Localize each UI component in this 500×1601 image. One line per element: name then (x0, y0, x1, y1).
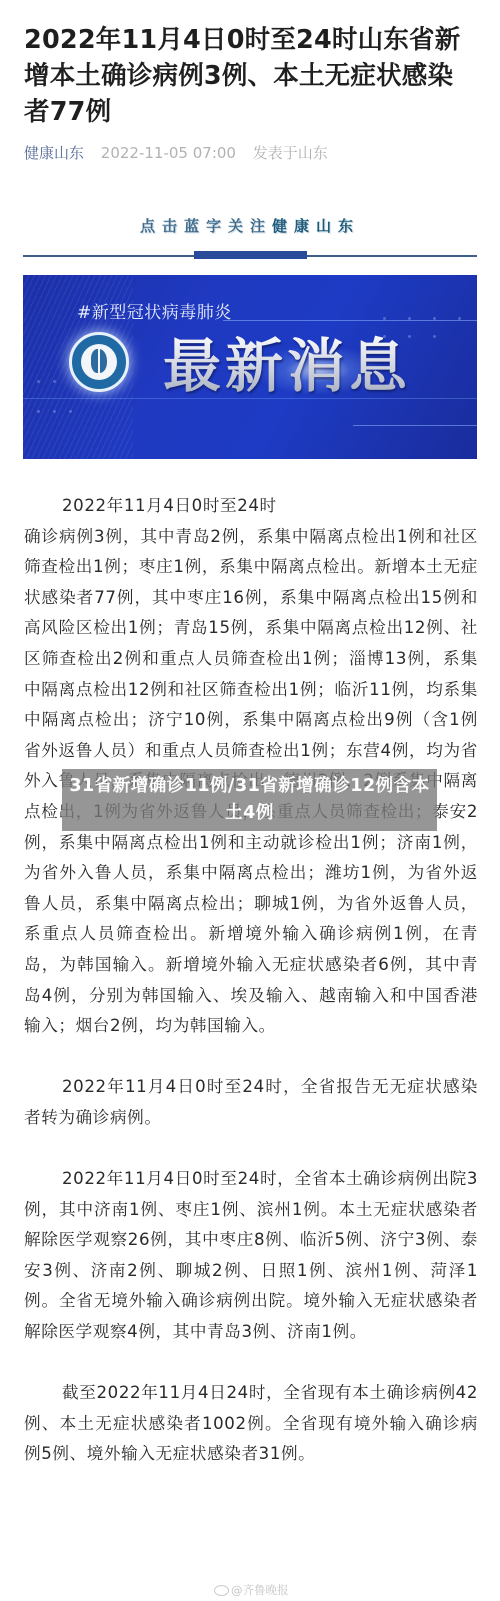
paragraph-conversions: 2022年11月4日0时至24时，全省报告无无症状感染者转为确诊病例。 (24, 1072, 478, 1133)
banner-dot (458, 317, 461, 320)
banner-dot (53, 410, 56, 413)
video-caption-overlay: 31省新增确诊11例/31省新增确诊12例含本土4例 (62, 769, 437, 831)
banner-dot (408, 317, 411, 320)
paragraph-text: 截至2022年11月4日24时，全省现有本土确诊病例42例、本土无症状感染者10… (24, 1383, 478, 1463)
emblem-staff (98, 347, 100, 377)
publish-time: 2022-11-05 07:00 (101, 144, 236, 162)
weibo-icon (214, 1585, 229, 1596)
banner-dot (69, 410, 72, 413)
follow-prompt[interactable]: 点击蓝字关注健康山东 (0, 215, 500, 237)
paragraph-new-cases: 2022年11月4日0时至24时确诊病例3例，其中青岛2例，系集中隔离点检出1例… (24, 491, 478, 1042)
banner-dot (433, 317, 436, 320)
author-link[interactable]: 健康山东 (24, 144, 84, 162)
article-title: 2022年11月4日0时至24时山东省新增本土确诊病例3例、本土无症状感染者77… (24, 22, 476, 130)
banner-dot (383, 317, 386, 320)
article-meta: 健康山东 2022-11-05 07:00 发表于山东 (24, 143, 328, 163)
banner-hashtag: #新型冠状病毒肺炎 (77, 301, 232, 325)
banner-dot (53, 380, 56, 383)
banner-light-line (353, 425, 477, 426)
banner-dot (37, 410, 40, 413)
banner-dot (433, 335, 436, 338)
follow-prompt-prefix: 点击蓝字关注 (140, 217, 272, 235)
hero-banner-image: #新型冠状病毒肺炎 最新消息 (23, 275, 477, 459)
source-watermark: @齐鲁晚报 (214, 1582, 289, 1598)
banner-light-line (223, 320, 477, 321)
paragraph-totals: 截至2022年11月4日24时，全省现有本土确诊病例42例、本土无症状感染者10… (24, 1378, 478, 1470)
article-body: 2022年11月4日0时至24时确诊病例3例，其中青岛2例，系集中隔离点检出1例… (24, 491, 478, 1501)
banner-dot (37, 380, 40, 383)
watermark-text: @齐鲁晚报 (231, 1583, 289, 1597)
paragraph-lead: 2022年11月4日0时至24时 (62, 496, 277, 515)
paragraph-discharges: 2022年11月4日0时至24时，全省本土确诊病例出院3例，其中济南1例、枣庄1… (24, 1164, 478, 1348)
publish-location: 发表于山东 (253, 144, 328, 162)
banner-headline: 最新消息 (163, 330, 411, 402)
divider-accent-bar (194, 251, 307, 259)
paragraph-text: 2022年11月4日0时至24时，全省本土确诊病例出院3例，其中济南1例、枣庄1… (24, 1169, 478, 1341)
health-commission-emblem-icon (69, 332, 129, 392)
follow-prompt-brand: 健康山东 (272, 217, 360, 235)
paragraph-text: 2022年11月4日0时至24时，全省报告无无症状感染者转为确诊病例。 (24, 1077, 478, 1127)
